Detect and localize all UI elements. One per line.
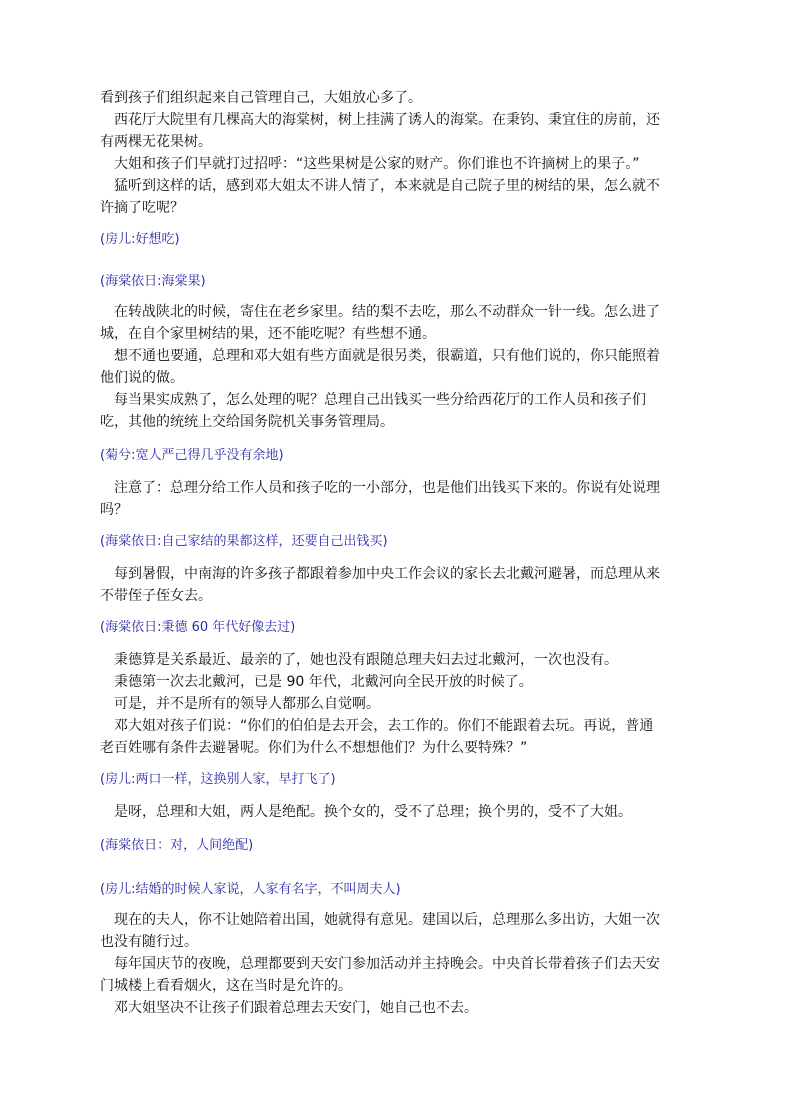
paragraph-line: 看到孩子们组织起来自己管理自己，大姐放心多了。 [100,88,422,108]
paragraph-line: 老百姓哪有条件去避暑呢。你们为什么不想想他们？为什么要特殊？” [100,738,527,758]
paragraph-line: 大姐和孩子们早就打过招呼：“这些果树是公家的财产。你们谁也不许摘树上的果子。” [114,154,640,174]
reader-comment-line: (菊兮:宽人严己得几乎没有余地) [100,446,284,466]
reader-comment-line: (海棠依日:海棠果) [100,272,206,292]
paragraph-line: 每当果实成熟了，怎么处理的呢？总理自己出钱买一些分给西花厅的工作人员和孩子们 [114,390,646,410]
paragraph-line: 是呀，总理和大姐，两人是绝配。换个女的，受不了总理；换个男的，受不了大姐。 [114,802,632,822]
paragraph-line: 每到暑假，中南海的许多孩子都跟着参加中央工作会议的家长去北戴河避暑，而总理从来 [114,564,660,584]
paragraph-line: 秉德算是关系最近、最亲的了，她也没有跟随总理夫妇去过北戴河，一次也没有。 [114,650,618,670]
paragraph-line: 想不通也要通，总理和邓大姐有些方面就是很另类，很霸道，只有他们说的，你只能照着 [114,346,660,366]
paragraph-line: 不带侄子侄女去。 [100,586,212,606]
reader-comment-line: (海棠依日:秉德 60 年代好像去过) [100,618,295,638]
reader-comment-line: (海棠依日:自己家结的果都这样，还要自己出钱买) [100,532,388,552]
paragraph-line: 在转战陕北的时候，寄住在老乡家里。结的梨不去吃，那么不动群众一针一线。怎么进了 [114,302,660,322]
reader-comment-line: (房儿:好想吃) [100,230,180,250]
reader-comment-line: (房儿:结婚的时候人家说，人家有名字，不叫周夫人) [100,880,401,900]
paragraph-line: 注意了：总理分给工作人员和孩子吃的一小部分，也是他们出钱买下来的。你说有处说理 [114,478,660,498]
paragraph-line: 城，在自个家里树结的果，还不能吃呢？有些想不通。 [100,324,436,344]
paragraph-line: 现在的夫人，你不让她陪着出国，她就得有意见。建国以后，总理那么多出访，大姐一次 [114,910,660,930]
paragraph-line: 猛听到这样的话，感到邓大姐太不讲人情了，本来就是自己院子里的树结的果，怎么就不 [114,176,660,196]
paragraph-line: 吃，其他的统统上交给国务院机关事务管理局。 [100,412,394,432]
paragraph-line: 门城楼上看看烟火，这在当时是允许的。 [100,976,352,996]
paragraph-line: 有两棵无花果树。 [100,132,212,152]
paragraph-line: 他们说的做。 [100,368,184,388]
paragraph-line: 邓大姐坚决不让孩子们跟着总理去天安门，她自己也不去。 [114,998,478,1018]
reader-comment-line: (海棠依日：对，人间绝配) [100,836,253,856]
reader-comment-line: (房儿:两口一样，这换别人家，早打飞了) [100,770,336,790]
paragraph-line: 西花厅大院里有几棵高大的海棠树，树上挂满了诱人的海棠。在秉钧、秉宜住的房前，还 [114,110,660,130]
paragraph-line: 吗？ [100,500,128,520]
paragraph-line: 秉德第一次去北戴河，已是 90 年代，北戴河向全民开放的时候了。 [114,672,533,692]
paragraph-line: 可是，并不是所有的领导人都那么自觉啊。 [114,694,380,714]
paragraph-line: 也没有随行过。 [100,932,198,952]
paragraph-line: 邓大姐对孩子们说：“你们的伯伯是去开会，去工作的。你们不能跟着去玩。再说，普通 [114,716,653,736]
paragraph-line: 许摘了吃呢？ [100,198,184,218]
paragraph-line: 每年国庆节的夜晚，总理都要到天安门参加活动并主持晚会。中央首长带着孩子们去天安 [114,954,660,974]
